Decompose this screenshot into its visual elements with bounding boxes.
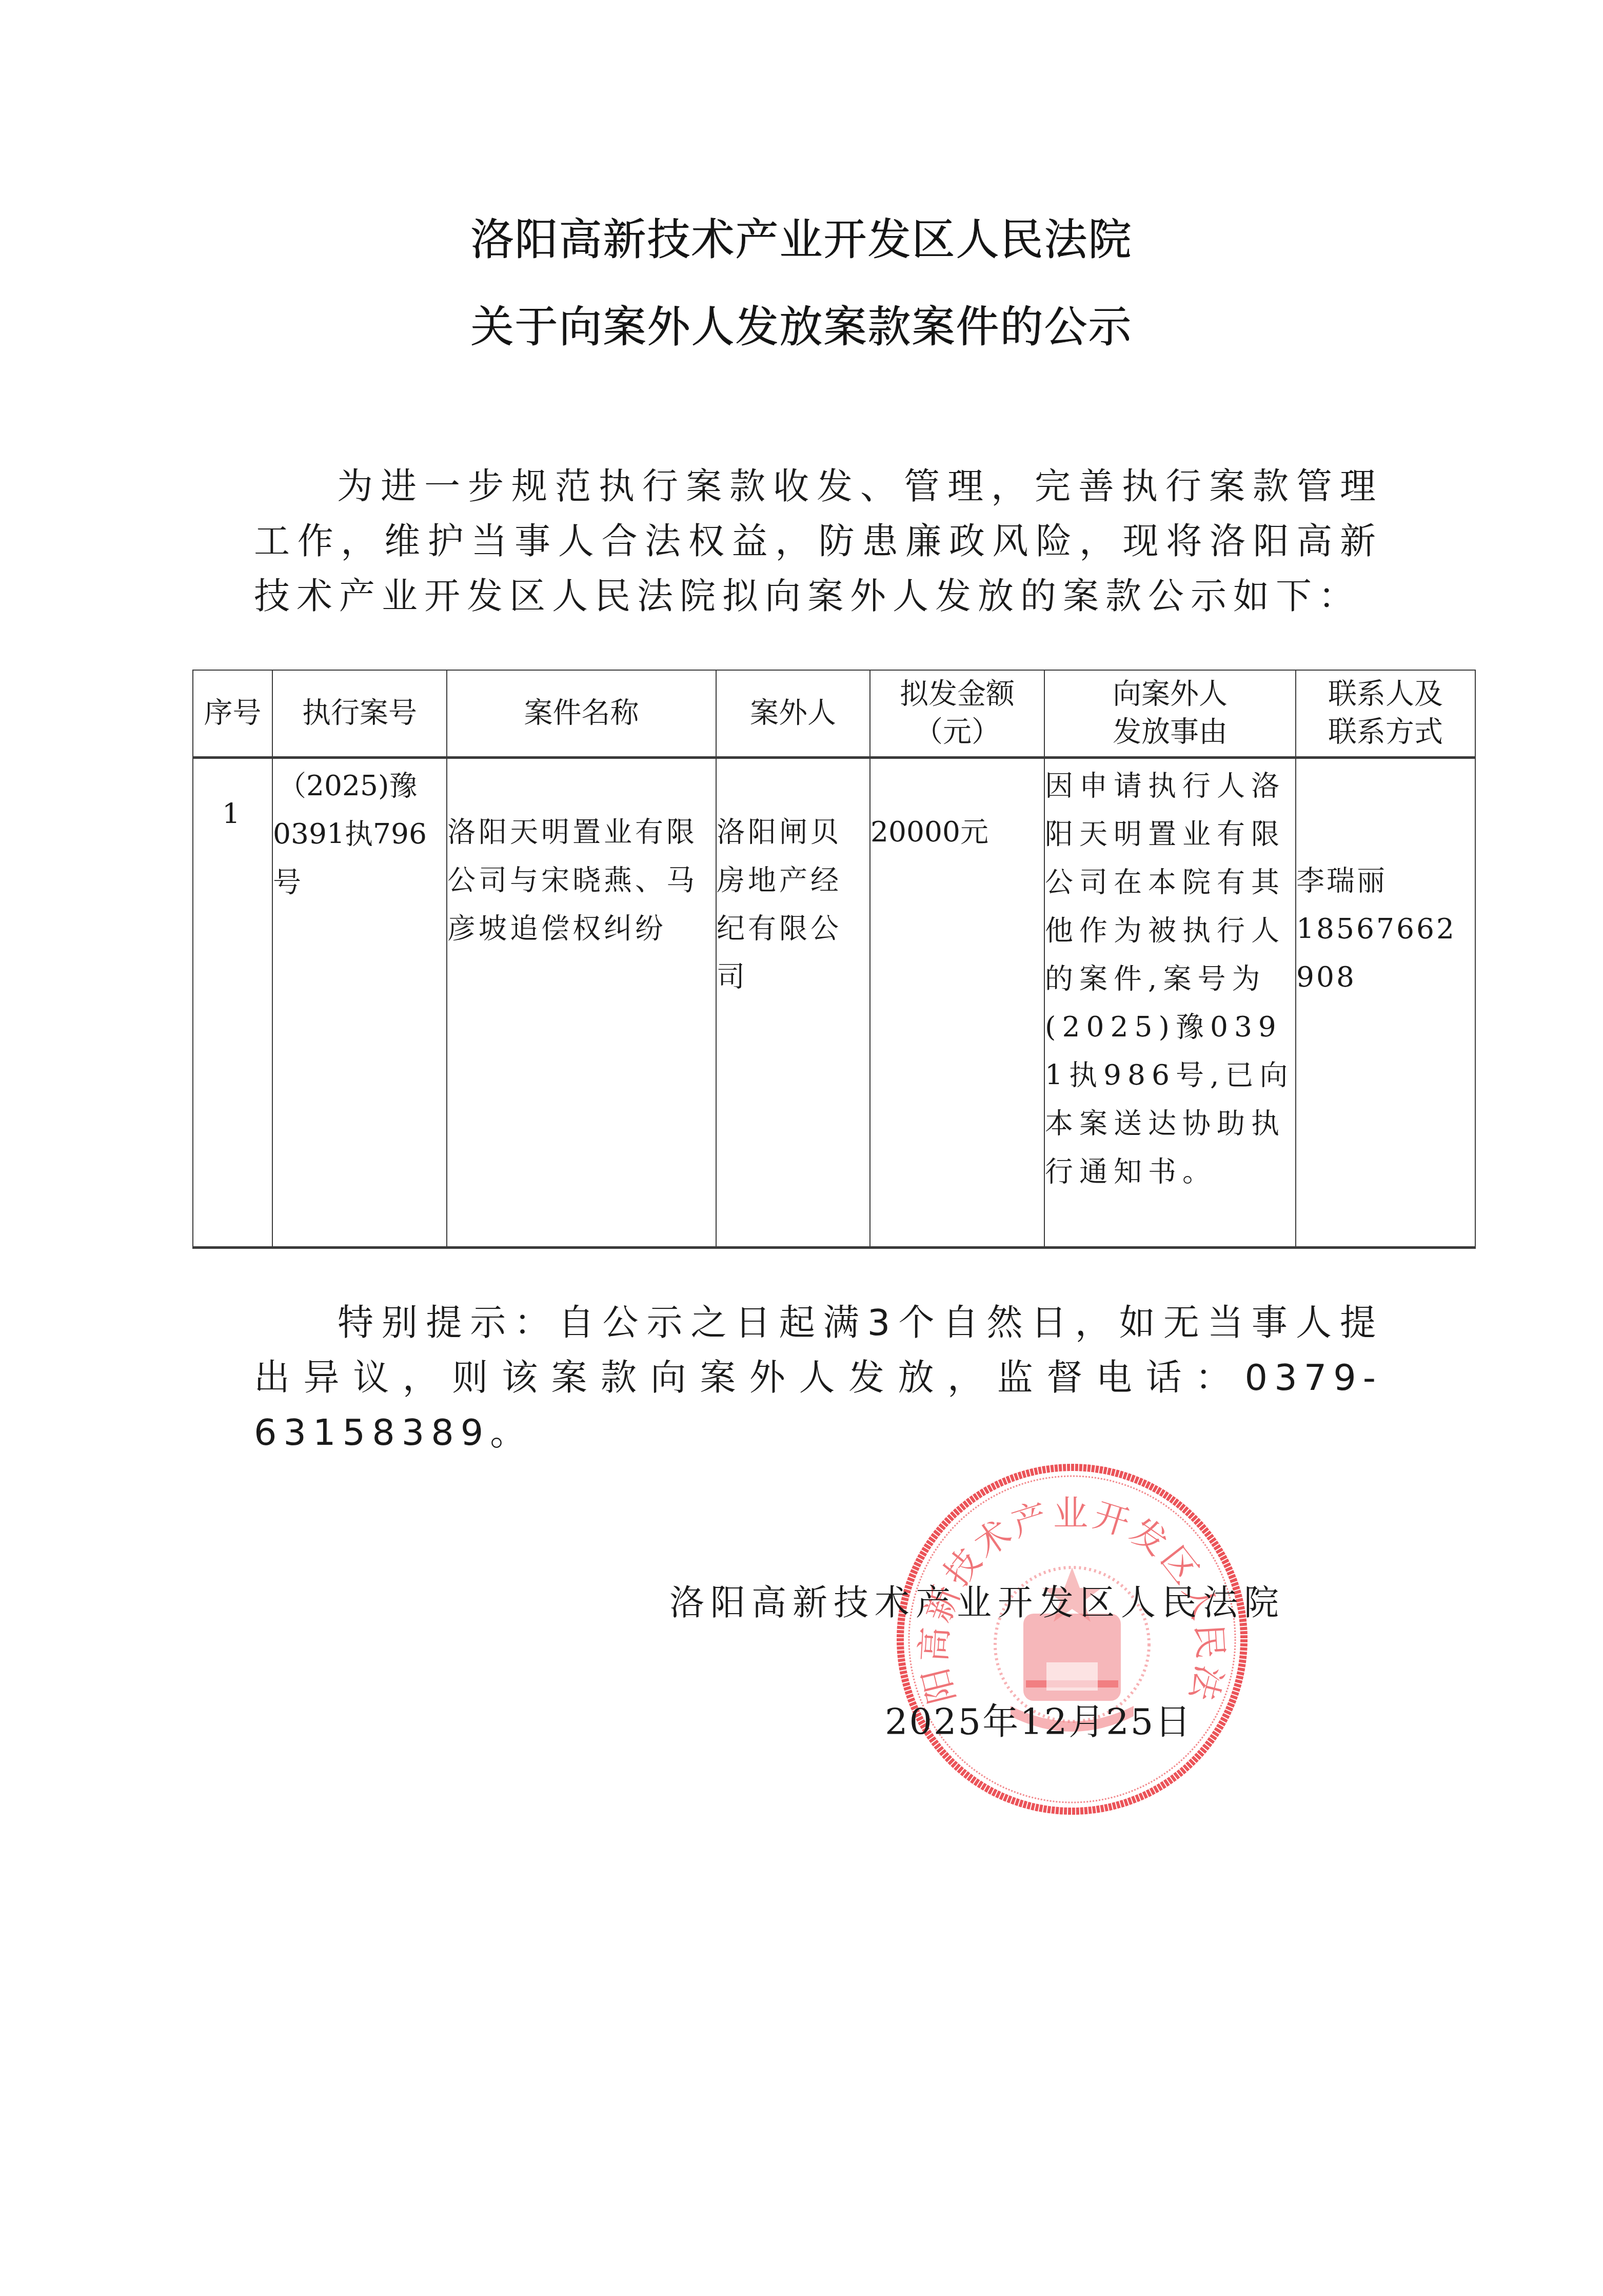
cell-index: 1: [193, 757, 272, 1247]
header-third-party: 案外人: [716, 670, 870, 757]
document-title-line1: 洛阳高新技术产业开发区人民法院: [0, 205, 1603, 267]
cell-case-name: 洛阳天明置业有限公司与宋晓燕、马彦坡追偿权纠纷: [447, 757, 716, 1247]
header-contact: 联系人及联系方式: [1296, 670, 1475, 757]
cell-case-number: （2025)豫 0391执796 号: [272, 757, 447, 1247]
header-case-name: 案件名称: [447, 670, 716, 757]
header-reason: 向案外人发放事由: [1044, 670, 1296, 757]
table-row: 1 （2025)豫 0391执796 号 洛阳天明置业有限公司与宋晓燕、马彦坡追…: [193, 757, 1475, 1247]
court-seal-stamp-icon: 洛阳高新技术产业开发区人民法院: [893, 1460, 1252, 1819]
header-index: 序号: [193, 670, 272, 757]
cases-table: 序号 执行案号 案件名称 案外人 拟发金额（元） 向案外人发放事由 联系人及联系…: [192, 670, 1476, 1249]
notice-text: 特别提示：自公示之日起满3个自然日，如无当事人提出异议，则该案款向案外人发放，监…: [254, 1302, 1382, 1454]
cell-third-party: 洛阳闸贝房地产经纪有限公司: [716, 757, 870, 1247]
notice-paragraph: 特别提示：自公示之日起满3个自然日，如无当事人提出异议，则该案款向案外人发放，监…: [254, 1296, 1382, 1460]
signature-date: 2025年12月25日: [885, 1693, 1192, 1745]
intro-paragraph: 为进一步规范执行案款收发、管理，完善执行案款管理工作，维护当事人合法权益，防患廉…: [254, 459, 1382, 624]
cell-amount: 20000元: [870, 757, 1044, 1247]
contact-phone: 18567662908: [1296, 905, 1475, 1001]
header-amount: 拟发金额（元）: [870, 670, 1044, 757]
cell-contact: 李瑞丽 18567662908: [1296, 757, 1475, 1247]
contact-name: 李瑞丽: [1296, 856, 1475, 905]
header-case-number: 执行案号: [272, 670, 447, 757]
cell-reason: 因申请执行人洛阳天明置业有限公司在本院有其他作为被执行人的案件,案号为(2025…: [1044, 757, 1296, 1247]
table-header-row: 序号 执行案号 案件名称 案外人 拟发金额（元） 向案外人发放事由 联系人及联系…: [193, 670, 1475, 757]
document-title-line2: 关于向案外人发放案款案件的公示: [0, 292, 1603, 355]
signature-court-name: 洛阳高新技术产业开发区人民法院: [669, 1575, 1285, 1625]
intro-text: 为进一步规范执行案款收发、管理，完善执行案款管理工作，维护当事人合法权益，防患廉…: [254, 465, 1382, 617]
